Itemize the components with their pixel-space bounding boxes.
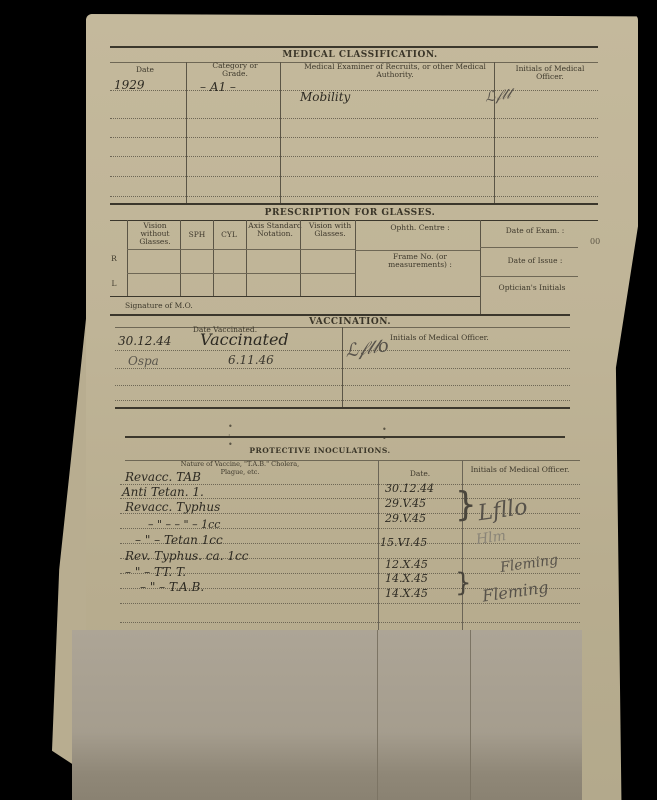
inoc-date-2: 29.V.45 <box>385 497 426 510</box>
inoc-initials-label: Initials of Medical Officer. <box>470 466 570 474</box>
inoc-vaccine-4: – " – – " – 1cc <box>148 518 220 531</box>
date-exam-label: Date of Exam. : <box>490 227 580 235</box>
col-axis-label: Axis Standard Notation. <box>248 222 302 238</box>
date-issue-label: Date of Issue : <box>490 257 580 265</box>
prescription-title: PRESCRIPTION FOR GLASSES. <box>200 208 500 218</box>
inoc-date-6: 12.X.45 <box>385 558 428 571</box>
inoc-date-3: 29.V.45 <box>385 512 426 525</box>
vaccination-date-2: Ospa <box>128 354 159 368</box>
margin-mark: 00 <box>590 237 600 246</box>
inoc-date-1: 30.12.44 <box>385 482 434 495</box>
col-sph-label: SPH <box>182 231 212 239</box>
inoc-date-8: 14.X.45 <box>385 587 428 600</box>
col-initials-label: Initials of Medical Officer. <box>515 65 585 81</box>
vaccination-date-1: 30.12.44 <box>118 334 171 348</box>
frame-no-label: Frame No. (or measurements) : <box>375 253 465 269</box>
col-cyl-label: CYL <box>214 231 244 239</box>
inoc-vaccine-6: Rev. Typhus. ca. 1cc <box>125 549 248 563</box>
col-date-label: Date <box>120 66 170 74</box>
inoc-date-7: 14.X.45 <box>385 572 428 585</box>
vaccination-title: VACCINATION. <box>280 317 420 327</box>
ophth-centre-label: Ophth. Centre : <box>370 224 470 232</box>
inoc-date-4: 15.VI.45 <box>380 536 427 549</box>
inoc-date-label: Date. <box>390 470 450 478</box>
inoculations-title: PROTECTIVE INOCULATIONS. <box>220 446 420 455</box>
optician-initials-label: Optician's Initials <box>482 284 582 292</box>
col-authority-label: Medical Examiner of Recruits, or other M… <box>300 63 490 79</box>
signature-mo-label: Signature of M.O. <box>125 302 215 310</box>
brace-1: } <box>455 485 477 525</box>
brace-2: } <box>455 568 472 598</box>
col-vision-without-label: Vision without Glasses. <box>130 222 180 246</box>
inoc-vaccine-1: Revacc. TAB <box>125 470 201 484</box>
inoc-vaccine-2: Anti Tetan. 1. <box>122 485 204 499</box>
classification-authority: Mobility <box>300 90 350 104</box>
classification-category: – A1 – <box>200 80 236 94</box>
inoc-vaccine-8: – " – T.A.B. <box>140 580 204 594</box>
row-l-label: L <box>108 280 120 288</box>
medical-classification-title: MEDICAL CLASSIFICATION. <box>200 50 520 60</box>
paper-insert <box>72 630 582 800</box>
classification-date: 1929 <box>114 78 145 92</box>
vaccination-text-1: Vaccinated <box>200 330 289 349</box>
vaccination-text-2: 6.11.46 <box>228 353 274 367</box>
col-vision-with-label: Vision with Glasses. <box>304 222 356 238</box>
col-category-label: Category or Grade. <box>200 62 270 78</box>
vacc-initials-label: Initials of Medical Officer. <box>390 334 530 342</box>
row-r-label: R <box>108 255 120 263</box>
inoc-vaccine-7: – " – TT. T. <box>125 565 186 579</box>
inoc-vaccine-5: – " – Tetan 1cc <box>135 533 223 547</box>
inoc-vaccine-3: Revacc. Typhus <box>125 500 220 514</box>
